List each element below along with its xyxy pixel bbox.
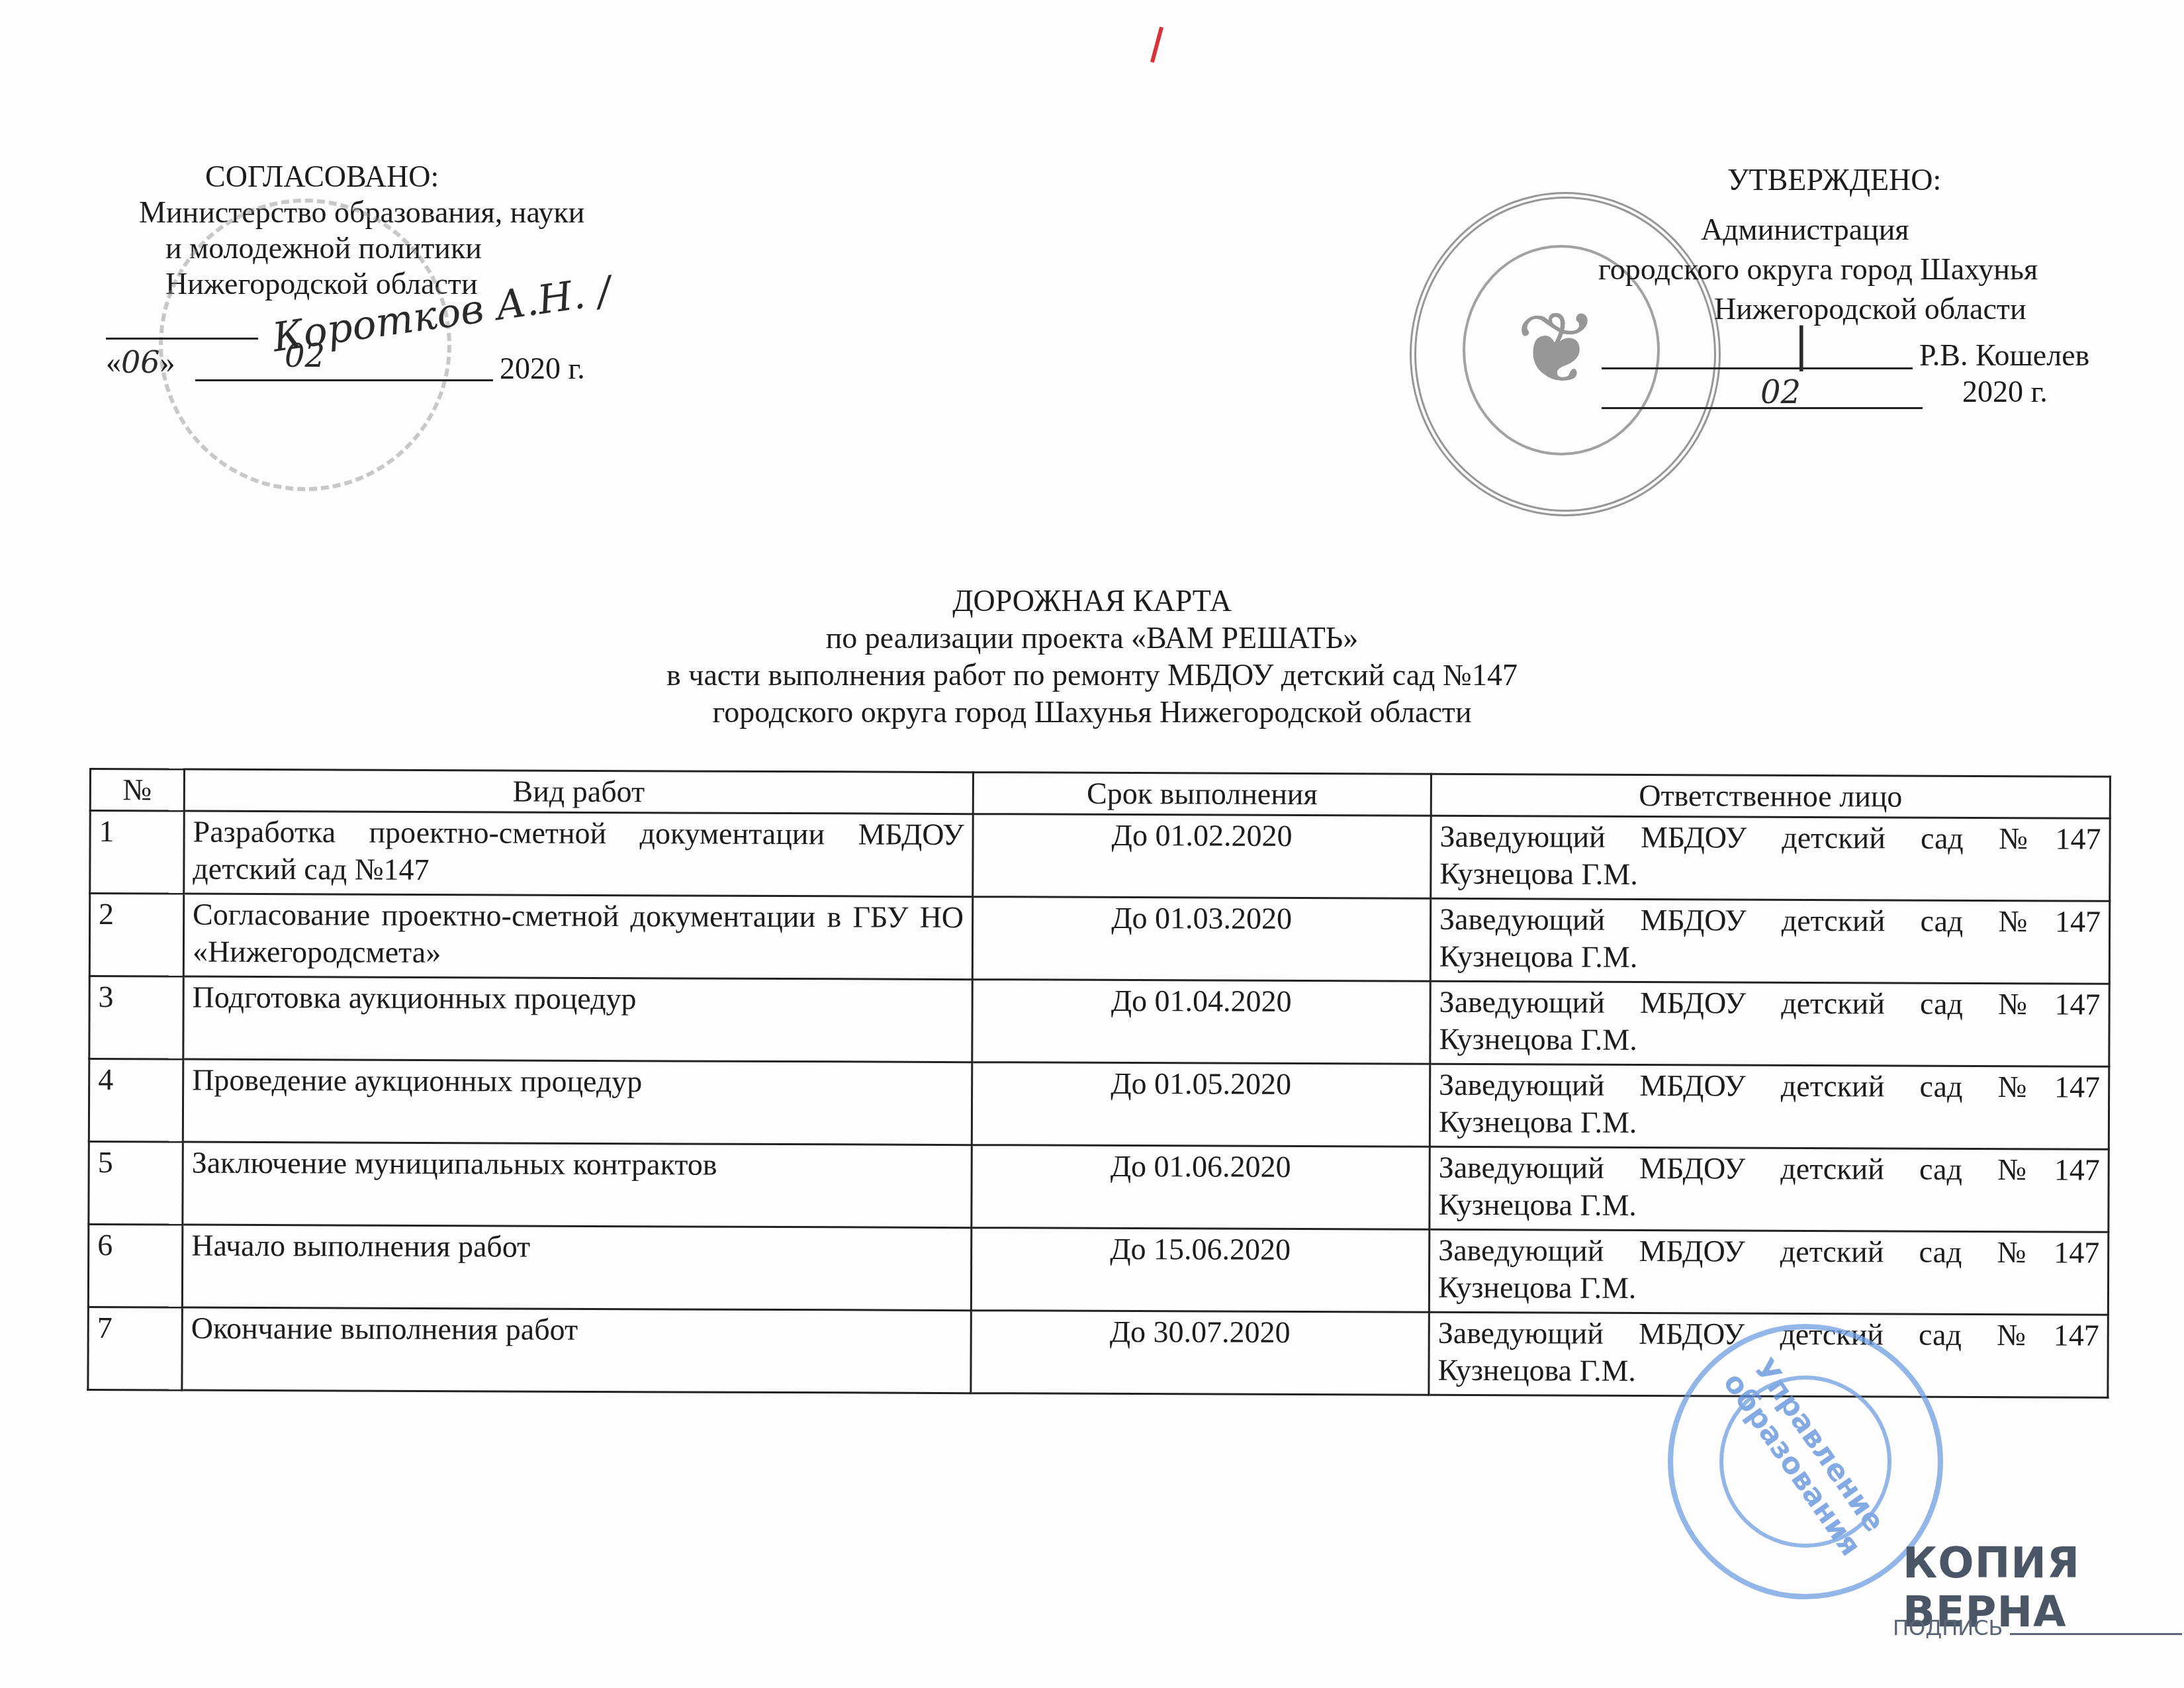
- row-responsible-person: Кузнецова Г.М.: [1439, 939, 1638, 974]
- row-responsible-person: Кузнецова Г.М.: [1438, 1188, 1637, 1222]
- date-left-year: 2020 г.: [500, 351, 585, 387]
- row-responsible: Заведующий МБДОУ детский сад №147 Кузнец…: [1430, 1147, 2109, 1232]
- row-number: 4: [89, 1059, 183, 1143]
- row-work-type: Начало выполнения работ: [182, 1225, 971, 1311]
- row-work-type: Заключение муниципальных контрактов: [183, 1142, 972, 1228]
- title-line2: по реализации проекта «ВАМ РЕШАТЬ»: [0, 620, 2184, 657]
- row-responsible-position: Заведующий МБДОУ детский сад №147: [1439, 1066, 2100, 1106]
- table-row: 3 Подготовка аукционных процедур До 01.0…: [89, 976, 2109, 1067]
- row-responsible-position: Заведующий МБДОУ детский сад №147: [1440, 818, 2101, 858]
- copy-signature-label: ПОДПИСЬ: [1893, 1615, 2003, 1640]
- row-responsible-position: Заведующий МБДОУ детский сад №147: [1439, 984, 2101, 1023]
- row-responsible: Заведующий МБДОУ детский сад №147 Кузнец…: [1430, 1064, 2109, 1149]
- row-responsible: Заведующий МБДОУ детский сад №147 Кузнец…: [1430, 898, 2109, 984]
- date-left-open-quote: «: [106, 346, 121, 379]
- header-deadline: Срок выполнения: [973, 773, 1431, 816]
- row-responsible-person: Кузнецова Г.М.: [1439, 857, 1638, 891]
- table-row: 2 Согласование проектно-сметной документ…: [89, 894, 2109, 984]
- date-line-left: [195, 379, 493, 381]
- date-left-close-quote: »: [160, 346, 175, 379]
- row-number: 1: [90, 811, 184, 894]
- row-responsible-person: Кузнецова Г.М.: [1439, 1105, 1637, 1139]
- row-number: 3: [89, 976, 183, 1060]
- row-responsible: Заведующий МБДОУ детский сад №147 Кузнец…: [1429, 1229, 2108, 1315]
- row-deadline: До 01.05.2020: [972, 1062, 1430, 1147]
- title-line3: в части выполнения работ по ремонту МБДО…: [0, 657, 2184, 694]
- approval-left-heading: СОГЛАСОВАНО:: [99, 159, 695, 195]
- date-left-day: 06: [121, 344, 160, 380]
- copy-signature: ПОДПИСЬ: [1893, 1615, 2182, 1640]
- row-number: 6: [88, 1225, 182, 1308]
- row-number: 2: [89, 894, 183, 977]
- date-left-month: 02: [285, 338, 325, 375]
- row-deadline: До 01.06.2020: [972, 1145, 1430, 1230]
- education-department-seal: Управление образования: [1668, 1324, 1943, 1599]
- row-deadline: До 01.03.2020: [972, 897, 1430, 982]
- title-line1: ДОРОЖНАЯ КАРТА: [0, 583, 2184, 620]
- approval-right-org-line1: Администрация: [1701, 212, 1909, 248]
- row-deadline: До 01.02.2020: [973, 814, 1431, 899]
- row-number: 7: [88, 1307, 182, 1390]
- row-number: 5: [89, 1142, 183, 1225]
- row-work-type: Разработка проектно-сметной документации…: [184, 811, 973, 897]
- row-deadline: До 15.06.2020: [971, 1228, 1429, 1313]
- row-deadline: До 01.04.2020: [972, 980, 1430, 1064]
- approval-right-heading: УТВЕРЖДЕНО:: [1727, 162, 1941, 198]
- date-left: «06»: [106, 344, 175, 381]
- row-responsible: Заведующий МБДОУ детский сад №147 Кузнец…: [1431, 816, 2110, 901]
- row-responsible: Заведующий МБДОУ детский сад №147 Кузнец…: [1430, 981, 2109, 1066]
- roadmap-table: № Вид работ Срок выполнения Ответственно…: [87, 768, 2111, 1399]
- signature-line-right: [1602, 367, 1913, 369]
- approval-left-org-line1: Министерство образования, науки: [99, 195, 695, 230]
- administration-seal: ❦: [1410, 192, 1721, 516]
- copy-signature-line: [2010, 1633, 2182, 1635]
- signature-line-left: [106, 338, 258, 340]
- row-work-type: Окончание выполнения работ: [182, 1307, 971, 1393]
- approval-right-org-line3: Нижегородской области: [1714, 291, 2026, 327]
- table-header-row: № Вид работ Срок выполнения Ответственно…: [90, 769, 2110, 819]
- date-right-month: 02: [1760, 374, 1801, 411]
- coat-of-arms-eagle-icon: ❦: [1516, 291, 1599, 406]
- row-work-type: Согласование проектно-сметной документац…: [183, 894, 972, 980]
- row-responsible-position: Заведующий МБДОУ детский сад №147: [1438, 1232, 2099, 1272]
- table-row: 5 Заключение муниципальных контрактов До…: [89, 1142, 2109, 1233]
- row-responsible-position: Заведующий МБДОУ детский сад №147: [1439, 1149, 2100, 1189]
- row-responsible-position: Заведующий МБДОУ детский сад №147: [1439, 901, 2101, 941]
- title-line4: городского округа город Шахунья Нижегоро…: [0, 694, 2184, 731]
- date-right-year: 2020 г.: [1962, 374, 2048, 410]
- row-responsible-person: Кузнецова Г.М.: [1438, 1270, 1637, 1305]
- header-number: №: [90, 769, 184, 812]
- table-row: 4 Проведение аукционных процедур До 01.0…: [89, 1059, 2109, 1150]
- row-responsible-person: Кузнецова Г.М.: [1439, 1022, 1637, 1056]
- row-responsible-person: Кузнецова Г.М.: [1437, 1353, 1636, 1387]
- table-row: 6 Начало выполнения работ До 15.06.2020 …: [88, 1225, 2108, 1315]
- row-deadline: До 30.07.2020: [971, 1311, 1429, 1395]
- approval-right-org-line2: городского округа город Шахунья: [1598, 252, 2038, 287]
- approval-right-signatory: Р.В. Кошелев: [1919, 338, 2089, 373]
- header-responsible: Ответственное лицо: [1431, 774, 2110, 818]
- red-pen-mark: [1150, 26, 1163, 63]
- header-work-type: Вид работ: [184, 769, 973, 814]
- table-row: 1 Разработка проектно-сметной документац…: [90, 811, 2110, 902]
- handwritten-signature-right: |: [1794, 318, 1809, 372]
- row-work-type: Проведение аукционных процедур: [183, 1059, 972, 1145]
- document-title: ДОРОЖНАЯ КАРТА по реализации проекта «ВА…: [0, 583, 2184, 731]
- row-work-type: Подготовка аукционных процедур: [183, 976, 972, 1062]
